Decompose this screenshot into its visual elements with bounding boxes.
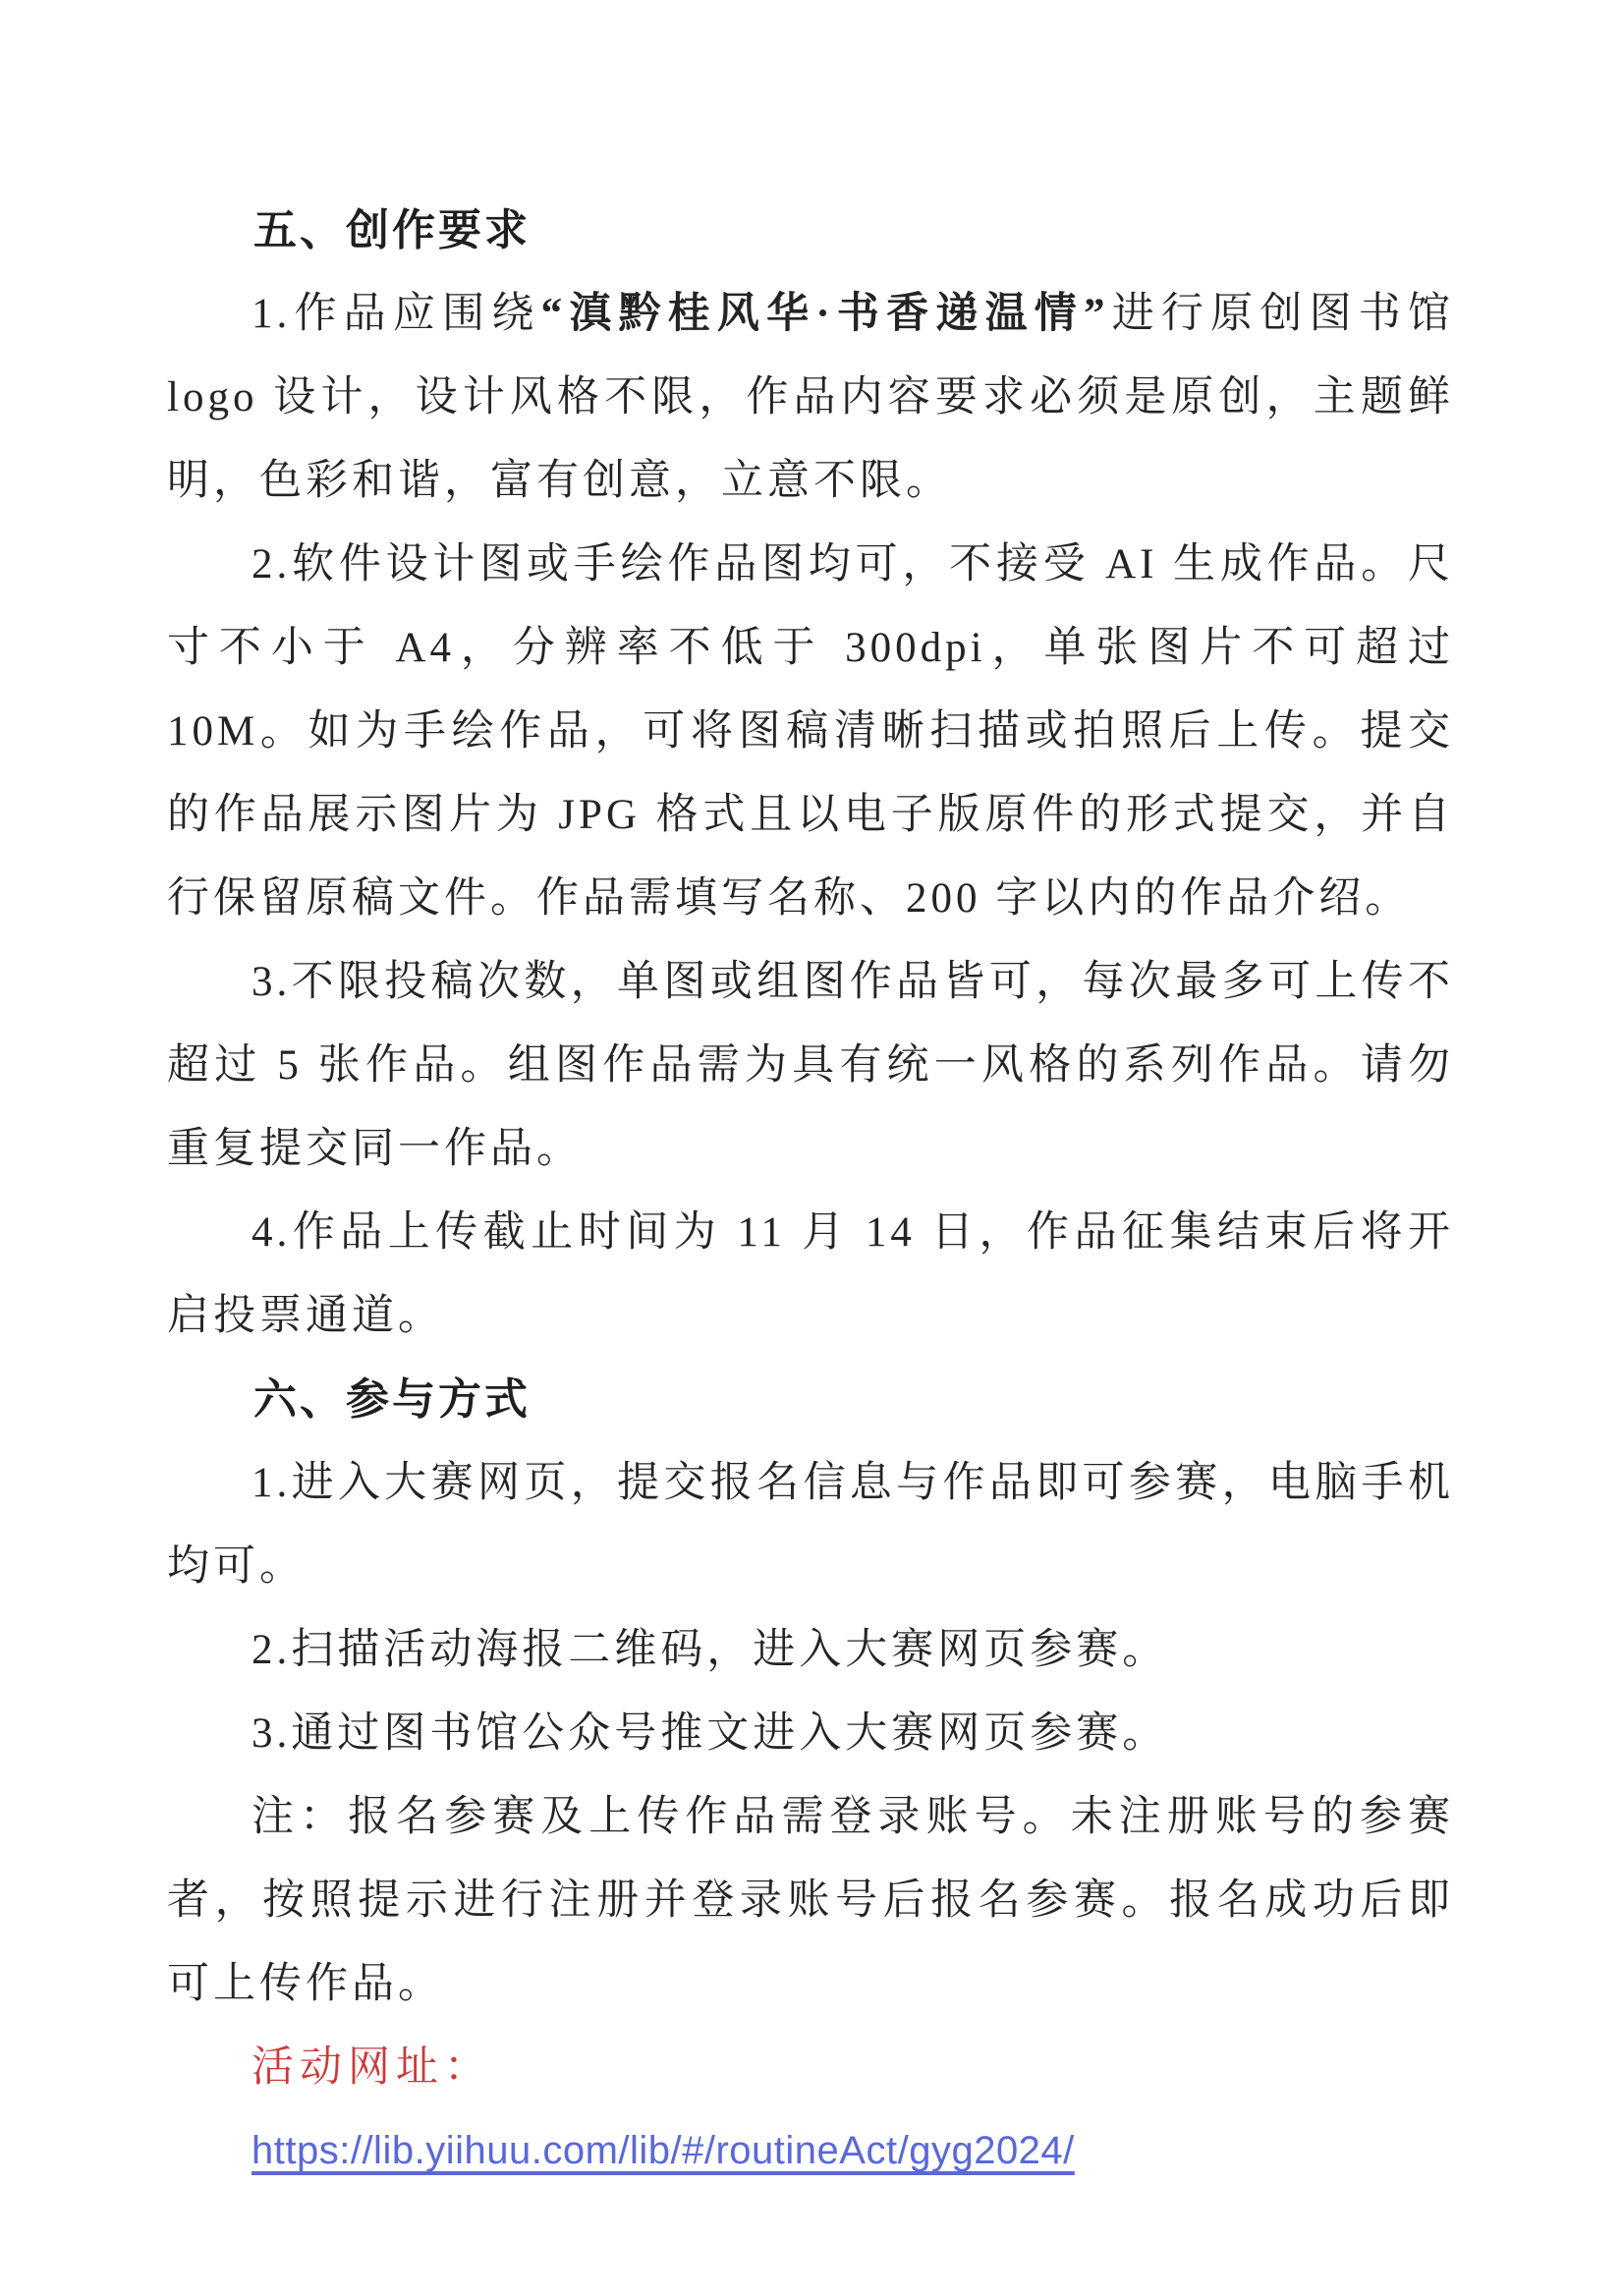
paragraph-requirement-3: 3.不限投稿次数，单图或组图作品皆可，每次最多可上传不超过 5 张作品。组图作品… xyxy=(167,940,1454,1191)
document-body: 五、创作要求1.作品应围绕“滇黔桂风华·书香递温情”进行原创图书馆 logo 设… xyxy=(167,189,1454,2201)
paragraph-requirement-2: 2.软件设计图或手绘作品图均可，不接受 AI 生成作品。尺寸不小于 A4，分辨率… xyxy=(167,523,1454,940)
paragraph-requirement-1: 1.作品应围绕“滇黔桂风华·书香递温情”进行原创图书馆 logo 设计，设计风格… xyxy=(167,272,1454,523)
text-run: 2.软件设计图或手绘作品图均可，不接受 AI 生成作品。尺寸不小于 A4，分辨率… xyxy=(167,541,1454,922)
paragraph-participation-3: 3.通过图书馆公众号推文进入大赛网页参赛。 xyxy=(167,1692,1454,1775)
paragraph-participation-1: 1.进入大赛网页，提交报名信息与作品即可参赛，电脑手机均可。 xyxy=(167,1441,1454,1608)
paragraph-participation-2: 2.扫描活动海报二维码，进入大赛网页参赛。 xyxy=(167,1608,1454,1692)
paragraph-participation-note: 注：报名参赛及上传作品需登录账号。未注册账号的参赛者，按照提示进行注册并登录账号… xyxy=(167,1775,1454,2026)
activity-url-link: https://lib.yiihuu.com/lib/#/routineAct/… xyxy=(167,2109,1454,2201)
activity-url-label: 活动网址： xyxy=(167,2026,1454,2109)
bold-text-run: “滇黔桂风华·书香递温情” xyxy=(541,291,1109,337)
section-heading-creation-requirements: 五、创作要求 xyxy=(167,189,1454,272)
text-run: 4.作品上传截止时间为 11 月 14 日，作品征集结束后将开启投票通道。 xyxy=(167,1209,1454,1339)
text-run: 3.不限投稿次数，单图或组图作品皆可，每次最多可上传不超过 5 张作品。组图作品… xyxy=(167,959,1454,1172)
text-run: 注：报名参赛及上传作品需登录账号。未注册账号的参赛者，按照提示进行注册并登录账号… xyxy=(167,1794,1454,2007)
text-run: 2.扫描活动海报二维码，进入大赛网页参赛。 xyxy=(252,1627,1168,1673)
section-heading-participation: 六、参与方式 xyxy=(167,1358,1454,1441)
text-run: 1.进入大赛网页，提交报名信息与作品即可参赛，电脑手机均可。 xyxy=(167,1460,1454,1590)
document-page: 五、创作要求1.作品应围绕“滇黔桂风华·书香递温情”进行原创图书馆 logo 设… xyxy=(0,0,1623,2296)
paragraph-requirement-4: 4.作品上传截止时间为 11 月 14 日，作品征集结束后将开启投票通道。 xyxy=(167,1191,1454,1358)
text-run: 1.作品应围绕 xyxy=(252,291,541,337)
activity-url-link[interactable]: https://lib.yiihuu.com/lib/#/routineAct/… xyxy=(252,2129,1075,2172)
text-run: 3.通过图书馆公众号推文进入大赛网页参赛。 xyxy=(252,1710,1168,1757)
